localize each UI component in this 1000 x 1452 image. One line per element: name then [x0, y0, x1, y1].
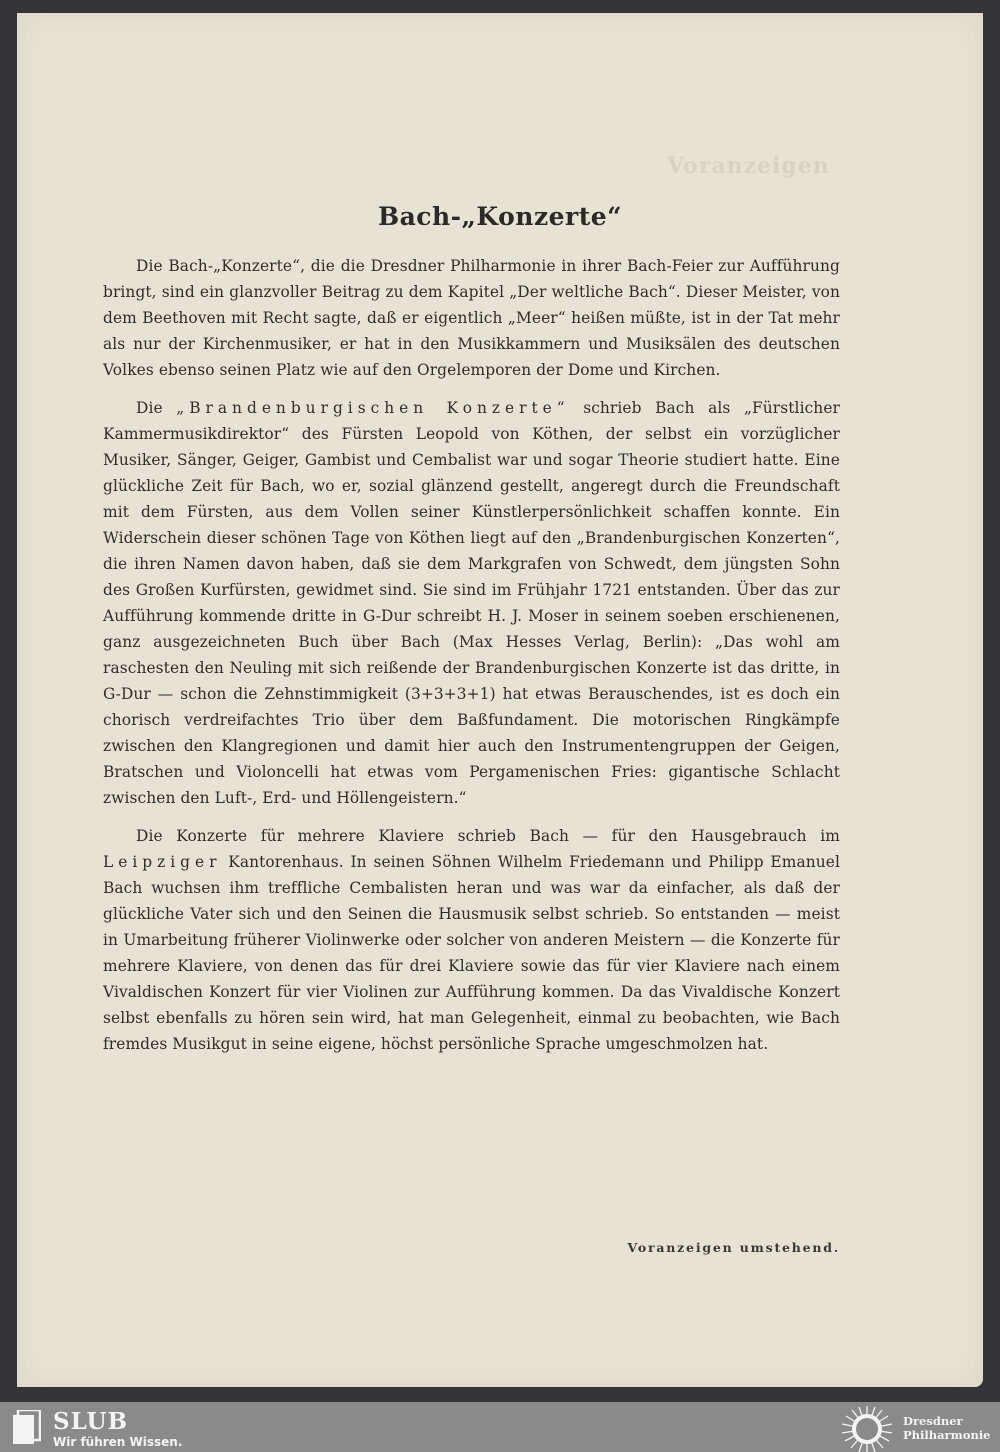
paragraph-3-lead: Die Konzerte für mehrere Klaviere schrie… — [136, 827, 840, 845]
slub-logo-name: SLUB — [53, 1408, 128, 1435]
paragraph-1: Die Bach-„Konzerte“, die die Dresdner Ph… — [103, 253, 840, 383]
sunburst-ring-icon — [840, 1405, 894, 1452]
paragraph-3-spaced-word: Leipziger — [103, 853, 221, 871]
dp-line-2: Philharmonie — [903, 1428, 991, 1442]
dp-line-1: Dresdner — [903, 1414, 991, 1428]
paragraph-2-spaced-title: „Brandenburgischen Konzerte“ — [176, 399, 569, 417]
footer-bar: SLUB Wir führen Wissen. Dresdner Philhar… — [0, 1402, 1000, 1452]
paragraph-2-lead: Die — [136, 399, 176, 417]
page-title: Bach-„Konzerte“ — [17, 202, 983, 231]
dresdner-philharmonie-logo-text: Dresdner Philharmonie — [903, 1414, 991, 1442]
document-page: Voranzeigen Bach-„Konzerte“ Die Bach-„Ko… — [17, 13, 983, 1387]
paragraph-2: Die „Brandenburgischen Konzerte“ schrieb… — [103, 395, 840, 811]
book-pages-icon — [13, 1410, 41, 1444]
slub-tagline: Wir führen Wissen. — [53, 1435, 182, 1449]
paragraph-3: Die Konzerte für mehrere Klaviere schrie… — [103, 823, 840, 1057]
article-body: Die Bach-„Konzerte“, die die Dresdner Ph… — [103, 253, 840, 1069]
closing-note: Voranzeigen umstehend. — [17, 1240, 840, 1255]
bleed-through-text: Voranzeigen — [667, 153, 867, 183]
paragraph-2-text: schrieb Bach als „Fürstlicher Kammermusi… — [103, 399, 840, 807]
paragraph-3-text: Kantorenhaus. In seinen Söhnen Wilhelm F… — [103, 853, 840, 1053]
